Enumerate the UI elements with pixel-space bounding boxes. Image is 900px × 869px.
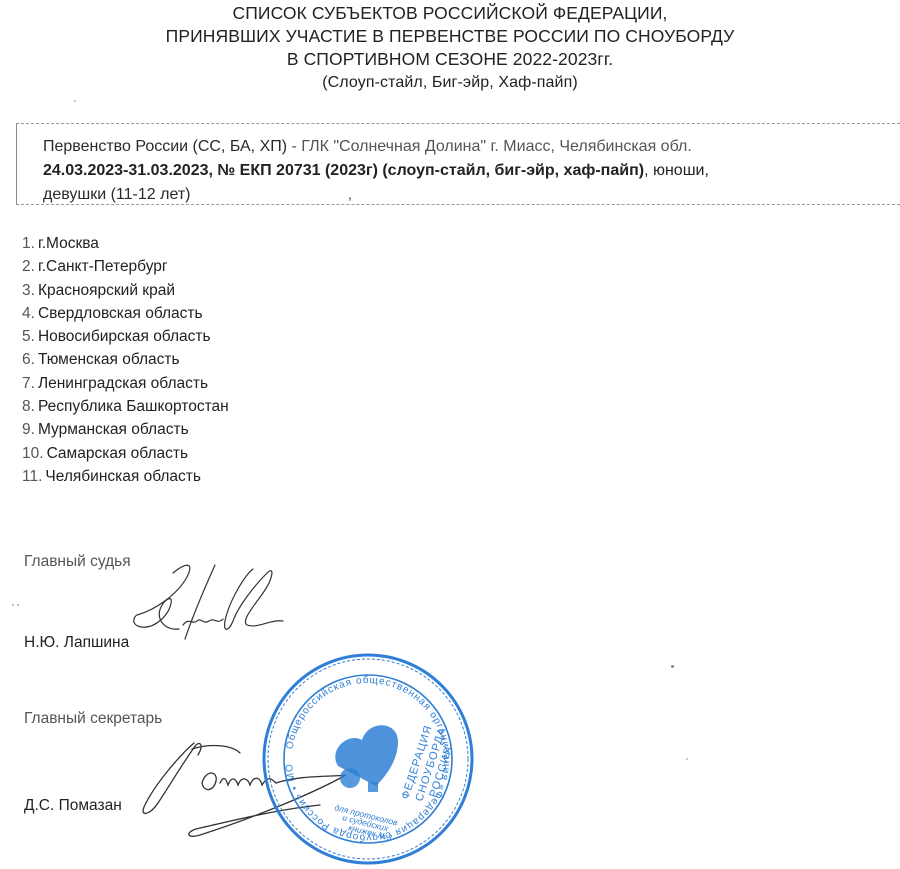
chief-judge-label: Главный судья [24, 553, 131, 571]
list-item: 9.Мурманская область [22, 418, 229, 441]
list-item: 8.Республика Башкортостан [22, 395, 229, 418]
title-line-2: ПРИНЯВШИХ УЧАСТИЕ В ПЕРВЕНСТВЕ РОССИИ ПО… [0, 25, 900, 48]
chief-secretary-label: Главный секретарь [24, 710, 162, 728]
list-item: 5.Новосибирская область [22, 325, 229, 348]
event-line-1: Первенство России (СС, БА, ХП) - ГЛК "Со… [43, 138, 692, 156]
regions-list: 1.г.Москва 2.г.Санкт-Петербург 3.Красноя… [22, 232, 229, 488]
event-info-box: Первенство России (СС, БА, ХП) - ГЛК "Со… [16, 123, 900, 205]
list-item: 3.Красноярский край [22, 279, 229, 302]
chief-judge-name: Н.Ю. Лапшина [24, 634, 129, 652]
stamp-seal-icon: Общероссийская общественная организация … [258, 650, 478, 869]
document-title: СПИСОК СУБЪЕКТОВ РОССИЙСКОЙ ФЕДЕРАЦИИ, П… [0, 2, 900, 95]
event-line-2: 24.03.2023-31.03.2023, № ЕКП 20731 (2023… [43, 162, 709, 180]
list-item: 1.г.Москва [22, 232, 229, 255]
event-name: Первенство России (СС, БА, ХП) [43, 138, 287, 155]
title-line-1: СПИСОК СУБЪЕКТОВ РОССИЙСКОЙ ФЕДЕРАЦИИ, [0, 2, 900, 25]
scan-speck [671, 665, 674, 668]
list-item: 6.Тюменская область [22, 348, 229, 371]
title-subtitle: (Слоуп-стайл, Биг-эйр, Хаф-пайп) [0, 71, 900, 95]
chief-secretary-name: Д.С. Помазан [24, 797, 122, 815]
event-venue: - ГЛК "Солнечная Долина" г. Миасс, Челяб… [287, 138, 692, 155]
title-line-3: В СПОРТИВНОМ СЕЗОНЕ 2022-2023гг. [0, 48, 900, 71]
chief-judge-signature-icon [125, 555, 285, 650]
list-item: 7.Ленинградская область [22, 372, 229, 395]
event-line-3: девушки (11-12 лет) [43, 186, 190, 204]
event-dates-ekp: 24.03.2023-31.03.2023, № ЕКП 20731 (2023… [43, 162, 644, 179]
list-item: 2.г.Санкт-Петербург [22, 255, 229, 278]
stray-mark: , [348, 186, 352, 202]
scan-speck [12, 604, 14, 606]
scan-speck [74, 100, 76, 102]
list-item: 11.Челябинская область [22, 465, 229, 488]
scan-speck [686, 758, 688, 760]
scan-speck [17, 604, 19, 606]
list-item: 4.Свердловская область [22, 302, 229, 325]
list-item: 10.Самарская область [22, 442, 229, 465]
event-gender-a: , юноши, [644, 162, 709, 179]
federation-stamp: Общероссийская общественная организация … [258, 650, 478, 869]
